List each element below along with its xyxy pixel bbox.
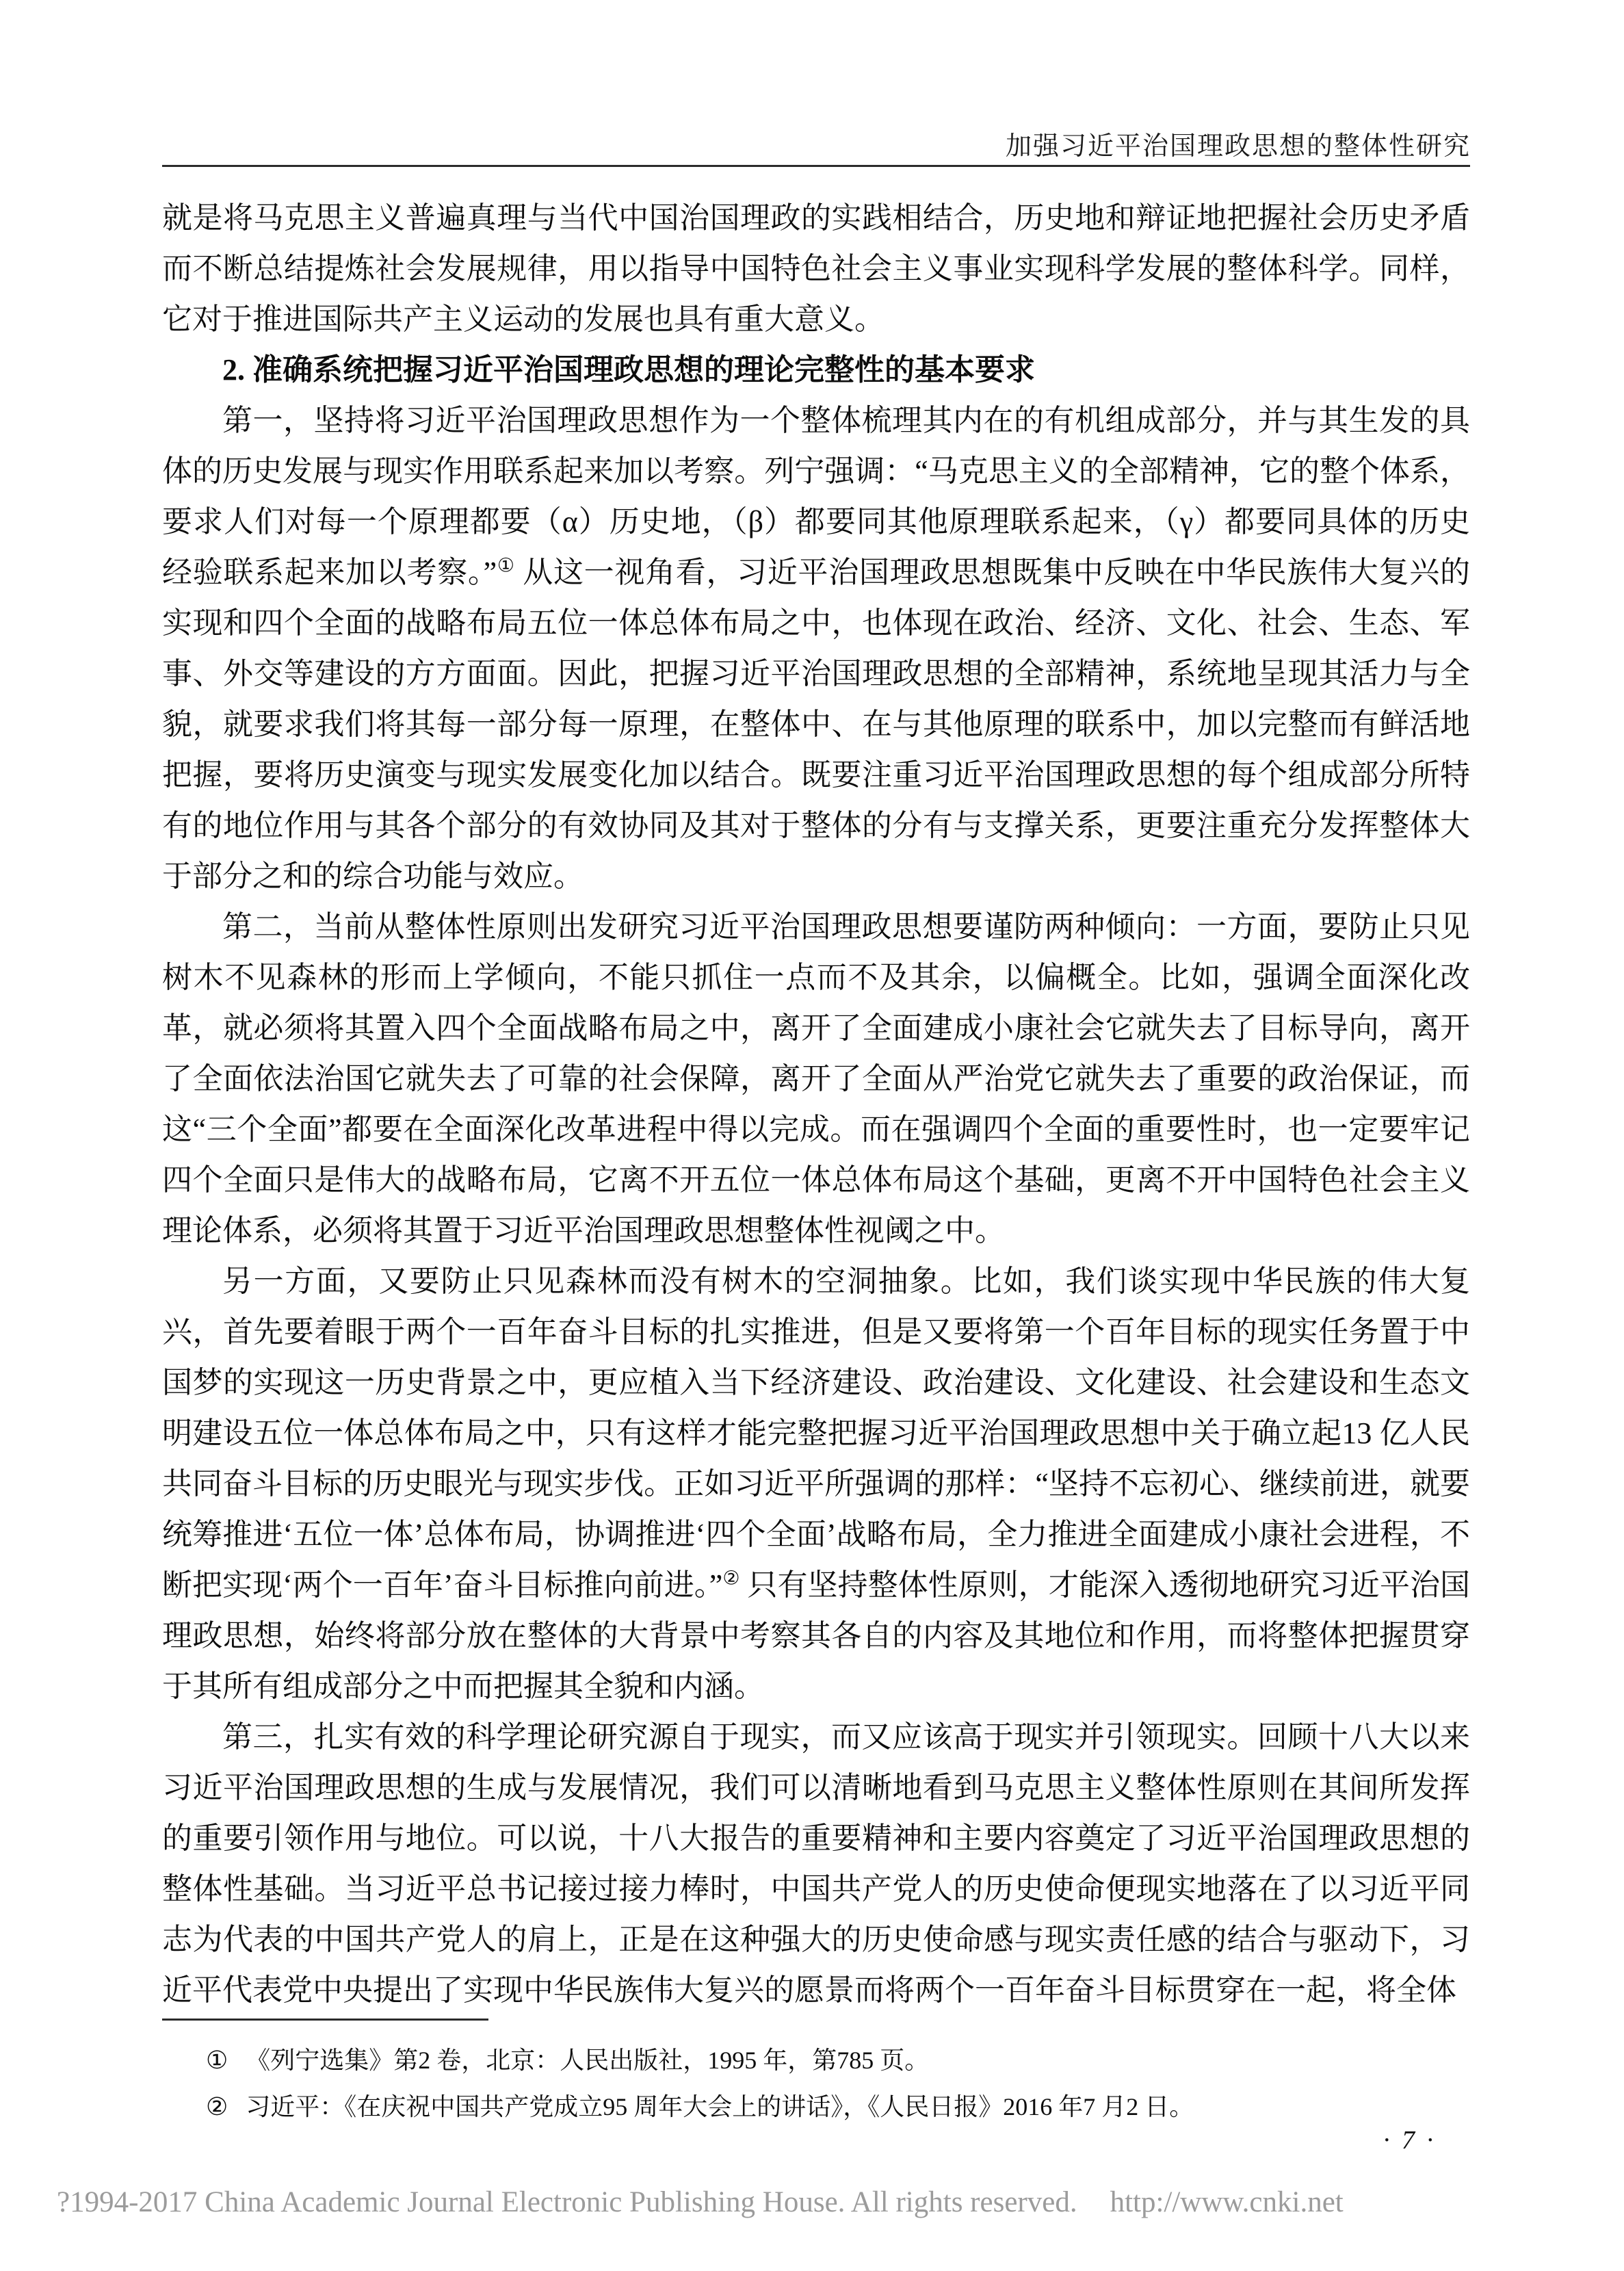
- footnote-item: ①《列宁选集》第2 卷，北京：人民出版社，1995 年，第785 页。: [162, 2038, 1470, 2083]
- text-run: 第二，当前从整体性原则出发研究习近平治国理政思想要谨防两种倾向：一方面，要防止只…: [162, 910, 1470, 1247]
- footnote-ref: ①: [497, 555, 514, 576]
- paragraph-second-point: 第二，当前从整体性原则出发研究习近平治国理政思想要谨防两种倾向：一方面，要防止只…: [162, 902, 1470, 1256]
- article-body: 就是将马克思主义普遍真理与当代中国治国理政的实践相结合，历史地和辩证地把握社会历…: [162, 193, 1470, 2016]
- running-head-title: 加强习近平治国理政思想的整体性研究: [1006, 125, 1471, 162]
- scanned-paper-page: 加强习近平治国理政思想的整体性研究 就是将马克思主义普遍真理与当代中国治国理政的…: [0, 0, 1624, 2271]
- page-number: · 7 ·: [1383, 2125, 1436, 2155]
- text-run: 2. 准确系统把握习近平治国理政思想的理论完整性的基本要求: [222, 353, 1035, 387]
- footnote-text: 《列宁选集》第2 卷，北京：人民出版社，1995 年，第785 页。: [246, 2038, 1470, 2083]
- paragraph-third-point: 第三，扎实有效的科学理论研究源自于现实，而又应该高于现实并引领现实。回顾十八大以…: [162, 1712, 1470, 2016]
- footnote-marker: ①: [206, 2038, 228, 2083]
- paragraph-continuation: 就是将马克思主义普遍真理与当代中国治国理政的实践相结合，历史地和辩证地把握社会历…: [162, 193, 1470, 345]
- footnote-text: 习近平：《在庆祝中国共产党成立95 周年大会上的讲话》，《人民日报》2016 年…: [246, 2084, 1470, 2129]
- paragraph-first-point: 第一，坚持将习近平治国理政思想作为一个整体梳理其内在的有机组成部分，并与其生发的…: [162, 395, 1470, 902]
- footnotes: ①《列宁选集》第2 卷，北京：人民出版社，1995 年，第785 页。②习近平：…: [162, 2038, 1470, 2131]
- footnote-item: ②习近平：《在庆祝中国共产党成立95 周年大会上的讲话》，《人民日报》2016 …: [162, 2084, 1470, 2129]
- watermark: ?1994-2017 China Academic Journal Electr…: [57, 2185, 1344, 2219]
- header-rule: [162, 165, 1470, 167]
- text-run: 另一方面，又要防止只见森林而没有树木的空洞抽象。比如，我们谈实现中华民族的伟大复…: [162, 1264, 1470, 1602]
- watermark-url: http://www.cnki.net: [1110, 2186, 1344, 2218]
- text-run: 第三，扎实有效的科学理论研究源自于现实，而又应该高于现实并引领现实。回顾十八大以…: [162, 1720, 1470, 2007]
- footnote-marker: ②: [206, 2084, 228, 2129]
- footnote-separator: [162, 2019, 488, 2021]
- section-heading: 2. 准确系统把握习近平治国理政思想的理论完整性的基本要求: [162, 345, 1470, 395]
- paragraph-other-side: 另一方面，又要防止只见森林而没有树木的空洞抽象。比如，我们谈实现中华民族的伟大复…: [162, 1256, 1470, 1712]
- text-run: 就是将马克思主义普遍真理与当代中国治国理政的实践相结合，历史地和辩证地把握社会历…: [162, 201, 1470, 336]
- footnote-ref: ②: [722, 1568, 739, 1589]
- text-run: 从这一视角看，习近平治国理政思想既集中反映在中华民族伟大复兴的实现和四个全面的战…: [162, 556, 1470, 893]
- watermark-copyright: ?1994-2017 China Academic Journal Electr…: [57, 2186, 1077, 2218]
